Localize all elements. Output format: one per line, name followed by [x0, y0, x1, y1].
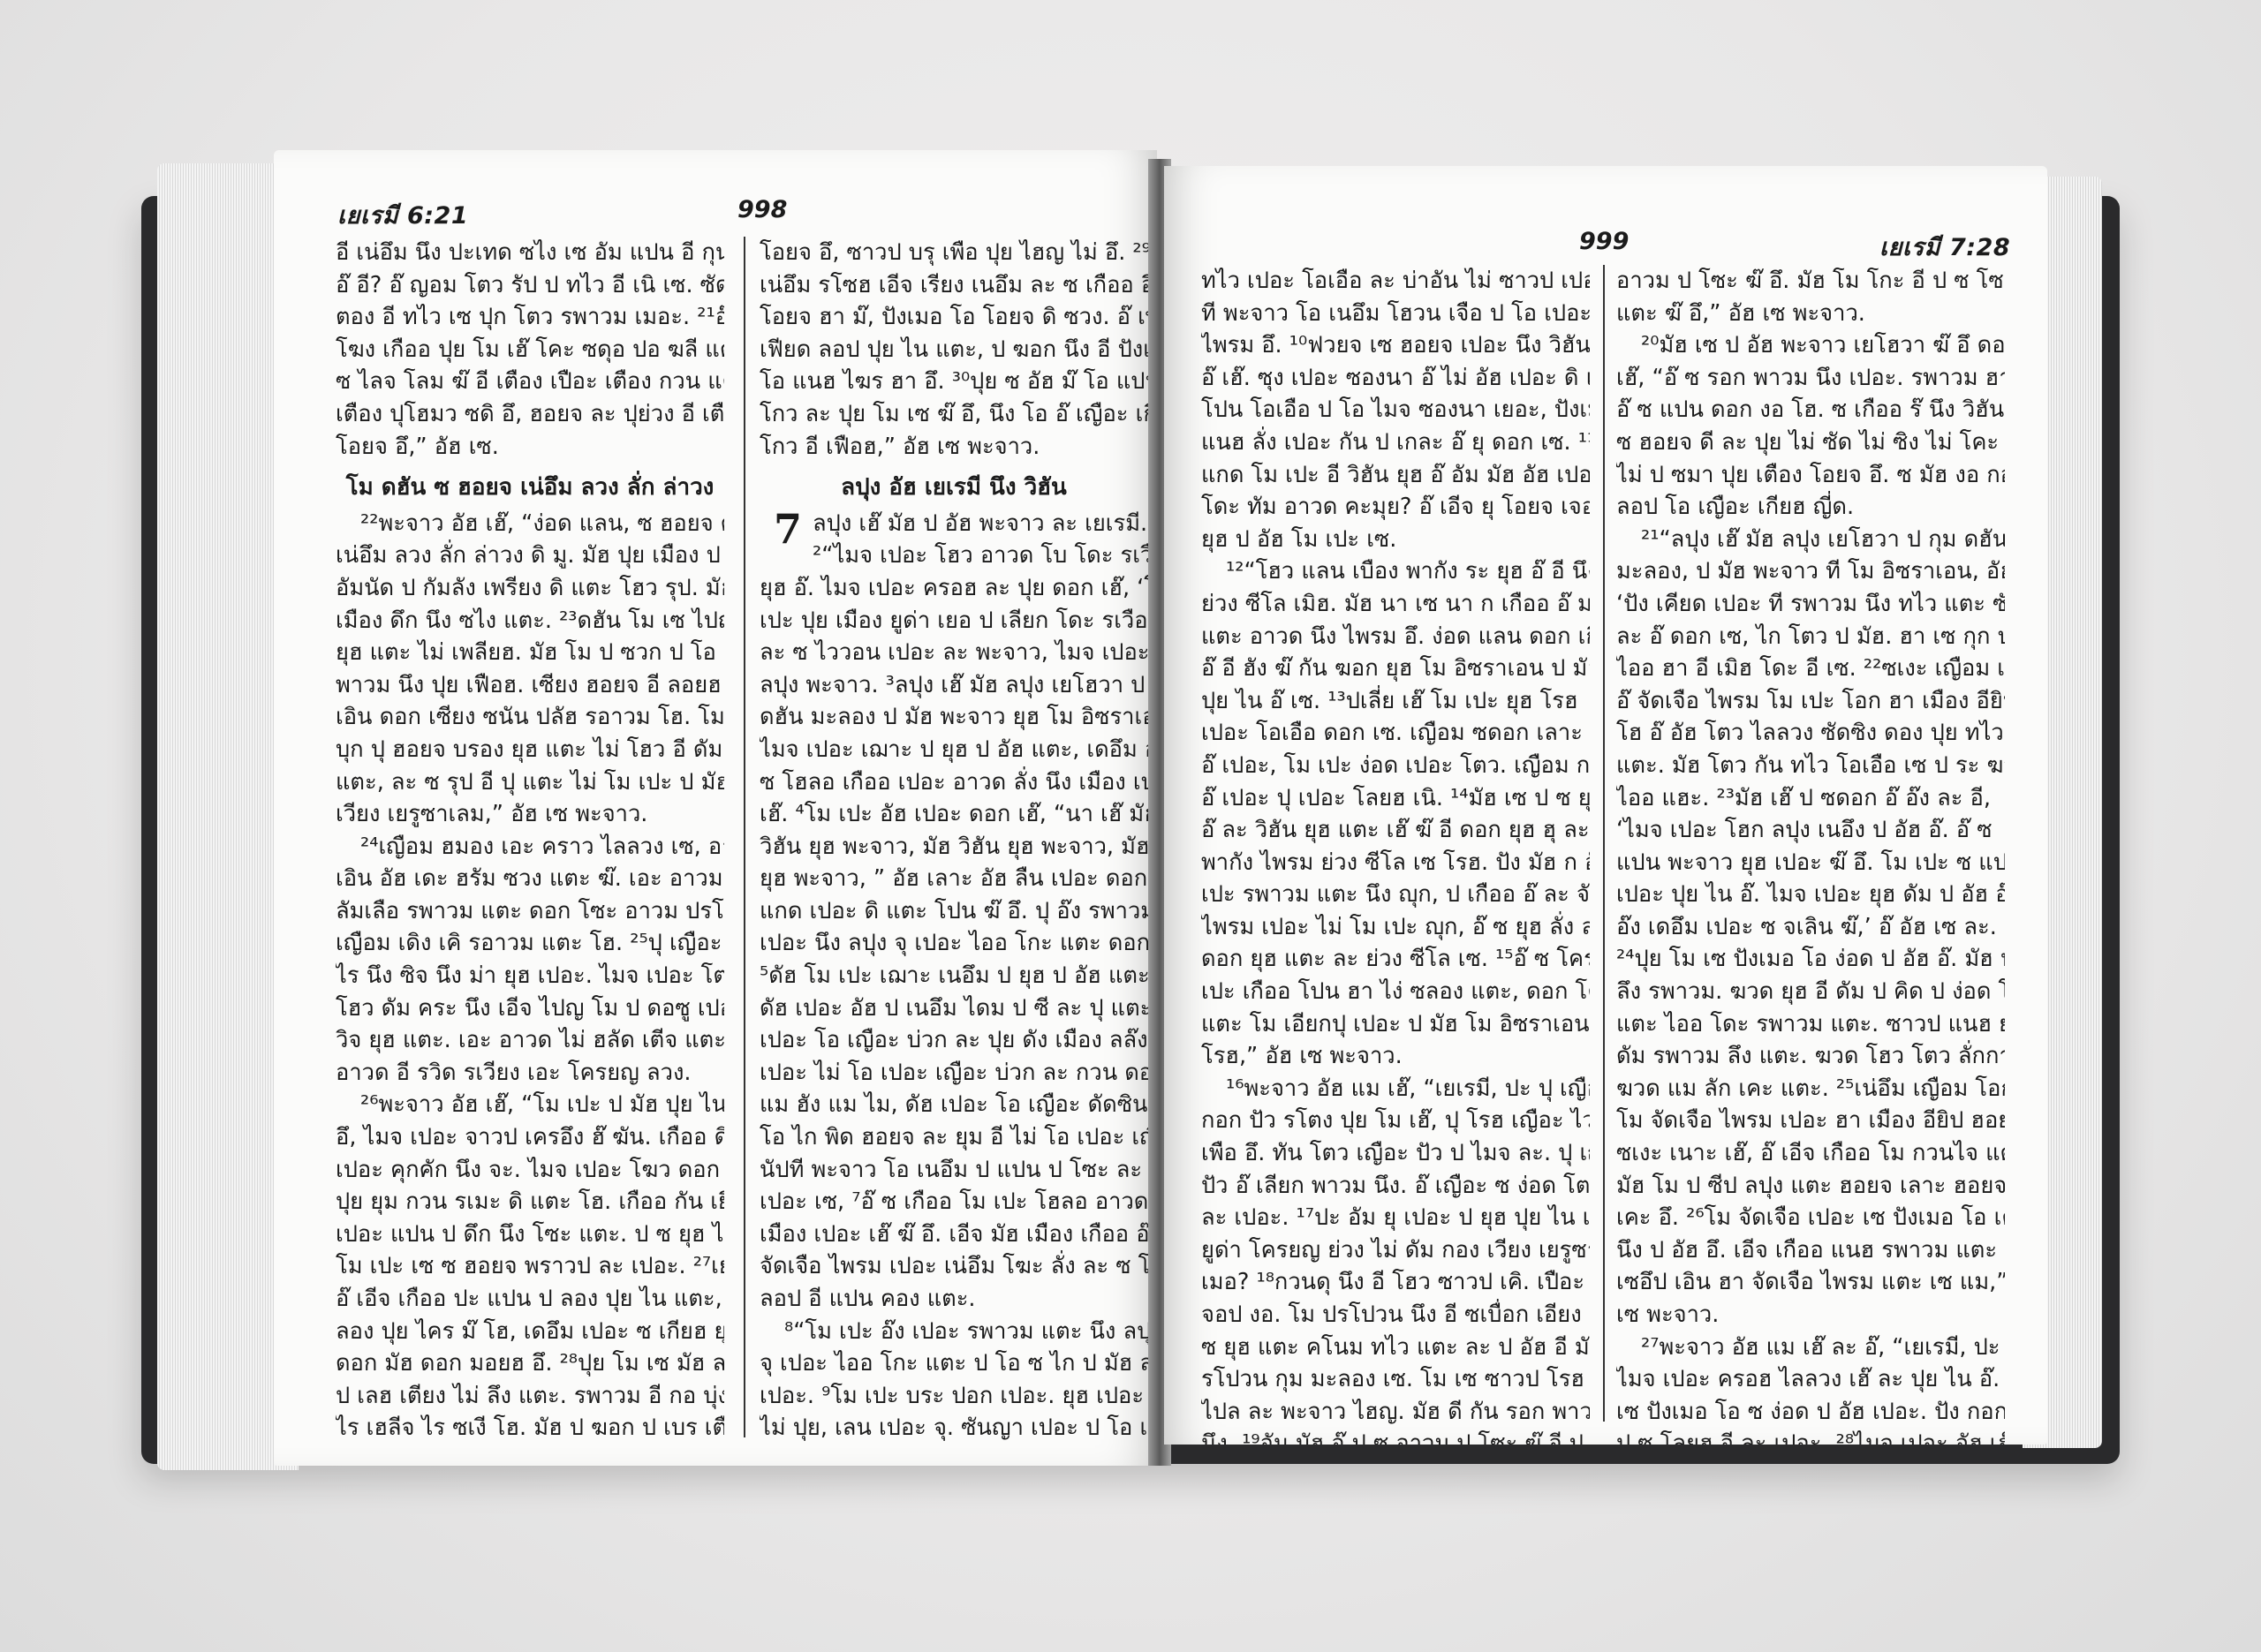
- text-line: ไมจ เปอะ ครอฮ ไลลวง เฮ๊ ละ ปุย ไน อ๊. โม: [1616, 1363, 2005, 1396]
- running-head: เยเรมี 6:21: [337, 196, 468, 234]
- text-line: มะลอง, ป มัฮ พะจาว ที โม อิซราเอน, อัฮ เ…: [1616, 555, 2005, 588]
- text-line: เตือง ปุโฮมว ซดิ อึ, ฮอยจ ละ ปุย่วง อี เ…: [336, 398, 724, 431]
- text-line: เอิน ดอก เซียง ซนัน ปลัฮ รอาวม โฮ. โม เซ: [336, 701, 724, 734]
- text-line: เปอะ. ⁹โม เปะ บระ ปอก เปอะ. ยุฮ เปอะ ยุม: [760, 1380, 1148, 1413]
- text-line: อ๊ง เดอึม เปอะ ซ จเลิน ฆ๊,’ อ๊ อัฮ เซ ละ…: [1616, 911, 2005, 944]
- text-line: โดะ ทัม อาวด คะมุย? อ๊ เอีจ ยุ โอยจ เจอะ…: [1201, 491, 1590, 524]
- text-line: โรฮ,” อัฮ เซ พะจาว.: [1201, 1040, 1590, 1073]
- text-line: ²“ไมจ เปอะ โฮว อาวด โบ โดะ รเวือะ วิฮัน: [813, 539, 1148, 572]
- text-line: ²⁰มัฮ เซ ป อัฮ พะจาว เยโฮวา ฆ๊ อึ ดอก: [1616, 329, 2005, 362]
- text-line: จุ เปอะ ไออ โกะ แตะ ป โอ ซ ไก ป มัฮ ละ: [760, 1347, 1148, 1380]
- section-heading: โม ดฮัน ซ ฮอยจ เน่อึม ลวง ลั่ก ล่าวง: [336, 471, 724, 504]
- text-line: ซเงะ เนาะ เฮ๊, อ๊ เอีจ เกืออ โม กวนไจ แต…: [1616, 1137, 2005, 1170]
- text-line: ¹⁶พะจาว อัฮ แม เฮ๊, “เยเรมี, ปะ ปุ เญือะ: [1201, 1073, 1590, 1105]
- text-line: เปะ เกืออ โปน ฮา ไง่ ซลอง แตะ, ดอก โครฮ: [1201, 976, 1590, 1008]
- text-line: บุก ปุ ฮอยจ บรอง ยุฮ แตะ ไม่ โฮว อี ดัม …: [336, 734, 724, 766]
- text-line: อ๊ เปอะ ปุ เปอะ โลยฮ เนิ. ¹⁴มัฮ เซ ป ซ ย…: [1201, 782, 1590, 815]
- text-line: รโปวน กุม มะลอง เซ. โม เซ ซาวป โรฮ เรฮ: [1201, 1363, 1590, 1396]
- text-line: จัดเจือ ไพรม เปอะ เน่อึม โฆะ ลั่ง ละ ซ โ…: [760, 1250, 1148, 1283]
- chapter-paragraph: 7ลปุง เฮ๊ มัฮ ป อัฮ พะจาว ละ เยเรมี.²“ไม…: [760, 508, 1148, 1316]
- text-column: โอยจ อึ, ซาวป บรุ เพือ ปุย ไฮญ ไม่ อึ. ²…: [760, 237, 1148, 1445]
- text-line: อึ, ไมจ เปอะ จาวป เครอึง ฮ๊ ฆัน. เกืออ ด…: [336, 1121, 724, 1154]
- text-line: ไม่ ปุย, เลน เปอะ จุ. ซันญา เปอะ ป โอ เน…: [760, 1412, 1148, 1445]
- text-line: ปัว อ๊ เลียก พาวม นึง. อ๊ เญือะ ซ ง่อด โ…: [1201, 1170, 1590, 1203]
- text-line: แตะ. มัฮ โตว กัน ทไว โอเอือ เซ ป ระ ฆวด: [1616, 750, 2005, 782]
- text-line: โอ ไก พิด ฮอยจ ละ ยุม อี ไม่ โอ เปอะ เญื…: [760, 1121, 1148, 1154]
- text-line: โอยจ อึ, ซาวป บรุ เพือ ปุย ไฮญ ไม่ อึ. ²…: [760, 237, 1148, 269]
- text-line: ¹²“โฮว แลน เบือง พากัง ระ ยุฮ อ๊ อี นึง: [1201, 555, 1590, 588]
- text-line: โกว ละ ปุย โม เซ ฆ๊ อึ, นึง โอ อ๊ เญือะ …: [760, 398, 1148, 431]
- text-line: ไร นึง ซิจ นึง ม่า ยุฮ เปอะ. ไมจ เปอะ โต…: [336, 960, 724, 992]
- text-line: ละ เปอะ. ¹⁷ปะ อัม ยุ เปอะ ป ยุฮ ปุย ไน เ…: [1201, 1202, 1590, 1234]
- text-line: แตะ โม เอียกปุ เปอะ ป มัฮ โม อิซราเอน เซ: [1201, 1008, 1590, 1041]
- text-line: ซ ไลจ โลม ฆ๊ อี เตือง เปือะ เตือง กวน แต…: [336, 366, 724, 398]
- text-line: วิฮัน ยุฮ พะจาว, มัฮ วิฮัน ยุฮ พะจาว, มั…: [760, 831, 1148, 864]
- text-line: เคะ อึ. ²⁶โม จัดเจือ เปอะ เซ ปังเมอ โอ เ…: [1616, 1202, 2005, 1234]
- text-line: นัปที พะจาว โอ เนอึม ป แปน ป โซะ ละ โกะ: [760, 1154, 1148, 1187]
- text-line: เปอะ โอเอือ ดอก เซ. เญือม ซดอก เลาะ ลืน: [1201, 717, 1590, 750]
- text-line: ไพรม อึ. ¹⁰ฟวยจ เซ ฮอยจ เปอะ นึง วิฮัน ย…: [1201, 329, 1590, 362]
- text-line: ทไว เปอะ โอเอือ ละ บ่าอัน ไม่ ซาวป เปอะ: [1201, 265, 1590, 298]
- text-line: ยูด่า โครยญ ย่วง ไม่ ดัม กอง เวียง เยรูซ…: [1201, 1234, 1590, 1267]
- right-page: 999 เยเรมี 7:28 ทไว เปอะ โอเอือ ละ บ่าอั…: [1164, 166, 2047, 1445]
- text-line: แตะ ไออ โดะ รพาวม แตะ. ซาวป แนฮ ยุฮ อี: [1616, 1008, 2005, 1041]
- text-line: โม เปะ เซ ซ ฮอยจ พราวป ละ เปอะ. ²⁷เยเรมี…: [336, 1250, 724, 1283]
- text-line: ไร เฮลีจ ไร ซเงี โฮ. มัฮ ป ฆอก ป เบร เตื…: [336, 1412, 724, 1445]
- text-line: จอป งอ. โม ปรโปวน นึง อี ซเบื่อก เอียง เ…: [1201, 1299, 1590, 1331]
- text-line: เปอะ ไม่ โอ เปอะ เญือะ บ่วก ละ กวน ดอย ไ…: [760, 1057, 1148, 1090]
- text-line: เซ ปังเมอ โอ ซ ง่อด ป อัฮ เปอะ. ปัง กอก …: [1616, 1396, 2005, 1429]
- text-line: อาวด อี รวิด รเวียง เอะ โครยญ ลวง.: [336, 1057, 724, 1090]
- verse-paragraph: ⁸“โม เปะ อ๊ง เปอะ รพาวม แตะ นึง ลปุงจุ เ…: [760, 1316, 1148, 1445]
- text-line: ไพรม เปอะ ไม่ โม เปะ ญุก, อ๊ ซ ยุฮ ลั่ง …: [1201, 911, 1590, 944]
- column-rule: [1603, 265, 1605, 1422]
- text-line: ²⁶พะจาว อัฮ เฮ๊, “โม เปะ ป มัฮ ปุย ไน อ๊: [336, 1089, 724, 1121]
- text-line: ปุย ยุม กวน รเมะ ดิ แตะ โฮ. เกืออ กัน เย…: [336, 1186, 724, 1218]
- text-line: ยุฮ พะจาว, ” อัฮ เลาะ อัฮ ลืน เปอะ ดอก เ…: [760, 863, 1148, 895]
- text-line: นึง ป อัฮ อึ. เอีจ เกืออ แนฮ รพาวม แตะ ล…: [1616, 1234, 2005, 1267]
- text-line: เวียง เยรูซาเลม,” อัฮ เซ พะจาว.: [336, 798, 724, 831]
- text-line: ย่วง ซีโล เมิฮ. มัฮ นา เซ นา ก เกืออ อ๊ …: [1201, 588, 1590, 621]
- text-line: โปน โอเอือ ป โอ ไมจ ซองนา เยอะ, ปังเมอ ย…: [1201, 394, 1590, 426]
- verse-paragraph: ¹²“โฮว แลน เบือง พากัง ระ ยุฮ อ๊ อี นึงย…: [1201, 555, 1590, 1073]
- text-line: ⁵ดัฮ โม เปะ เฌาะ เนอึม ป ยุฮ ป อัฮ แตะ โ…: [760, 960, 1148, 992]
- text-line: ‘ปัง เคียด เปอะ ที รพาวม นึง ทไว แตะ ซัด…: [1616, 588, 2005, 621]
- text-line: ไออ แฮะ. ²³มัฮ เฮ๊ ป ซดอก อ๊ อ๊ง ละ อี,: [1616, 782, 2005, 815]
- text-line: โฮว ดัม คระ นึง เอีจ ไปญ โม ป ดอซู เปอะ …: [336, 992, 724, 1025]
- text-line: อี เน่อึม นึง ปะเทด ซไง เซ อัม แปน อี กุ…: [336, 237, 724, 269]
- text-line: เปอะ นึง ลปุง จุ เปอะ ไออ โกะ แตะ ดอก เซ…: [760, 927, 1148, 960]
- text-line: แตะ, ละ ซ รุป อี ปุ แตะ ไม่ โม เปะ ป มัฮ…: [336, 766, 724, 799]
- text-column: ทไว เปอะ โอเอือ ละ บ่าอัน ไม่ ซาวป เปอะท…: [1201, 265, 1590, 1445]
- text-line: เปะ ปุย เมือง ยูด่า เยอ ป เลียก โดะ รเวื…: [760, 605, 1148, 637]
- text-line: เปอะ แปน ป ดึก นึง โซะ แตะ. ป ซ ยุฮ ไลจ …: [336, 1218, 724, 1251]
- text-line: ดฮัน มะลอง ป มัฮ พะจาว ยุฮ โม อิซราเอน.: [760, 701, 1148, 734]
- verse-paragraph: ²⁷พะจาว อัฮ แม เฮ๊ ละ อ๊, “เยเรมี, ปะไมจ…: [1616, 1331, 2005, 1445]
- text-line: ลปุง เฮ๊ มัฮ ป อัฮ พะจาว ละ เยเรมี.: [813, 508, 1148, 540]
- text-line: ไปล ละ พะจาว ไฮญ. มัฮ ดี กัน รอก พาวม อ๊: [1201, 1396, 1590, 1429]
- text-line: ป เลฮ เตียง ไม่ ลึง แตะ. รพาวม อี กอ บุ่…: [336, 1380, 724, 1413]
- text-line: เปอะ ปุย ไน อ๊. ไมจ เปอะ ยุฮ ดัม ป อัฮ อ…: [1616, 879, 2005, 911]
- text-line: ลอง ปุย ไคร ม๊ โฮ, เดอึม เปอะ ซ เกียฮ ยุ…: [336, 1316, 724, 1348]
- text-line: ปุ ซ โลยฮ อี ละ เปอะ. ²⁸ไมจ เปอะ อัฮ เฮ๊…: [1616, 1428, 2005, 1445]
- text-line: โอยจ ฮา ม๊, ปังเมอ โอ โอยจ ดิ ซวง. อ๊ เพ…: [760, 301, 1148, 334]
- text-line: ลอป อี แปน คอง แตะ.: [760, 1283, 1148, 1316]
- text-line: เซ พะจาว.: [1616, 1299, 2005, 1331]
- text-line: อัมนัด ป กัมลัง เพรียง ดิ แตะ โฮว รุป. ม…: [336, 572, 724, 605]
- text-line: อ๊ ละ วิฮัน ยุฮ แตะ เฮ๊ ฆ๊ อี ดอก ยุฮ ฮุ…: [1201, 814, 1590, 847]
- text-line: ซ ยุฮ แตะ คโนม ทไว แตะ ละ ป อัฮ อี มัฮ ก…: [1201, 1331, 1590, 1364]
- text-line: ดอก มัฮ ดอก มอยฮ อึ. ²⁸ปุย โม เซ มัฮ ลอป: [336, 1347, 724, 1380]
- text-line: โม จัดเจือ ไพรม เปอะ ฮา เมือง อียิป ฮอยจ…: [1616, 1105, 2005, 1137]
- text-line: แม ฮัง แม ไม, ดัฮ เปอะ โอ เญือะ ดัดซิน ป…: [760, 1089, 1148, 1121]
- text-line: นึง. ¹⁹อัม มัฮ อ๊ ป ซ อาวม ป โซะ ฆ๊ อี ป: [1201, 1428, 1590, 1445]
- text-line: โอยจ อึ,” อัฮ เซ.: [336, 431, 724, 464]
- text-line: เปอะ โอ เญือะ บ่วก ละ ปุย ดัง เมือง ลล๊ง: [760, 1024, 1148, 1057]
- verse-paragraph: อาวม ป โซะ ฆ๊ อึ. มัฮ โม โกะ อี ป ซ โซะ …: [1616, 265, 2005, 329]
- text-line: ไม่ ป ซมา ปุย เตือง โอยจ อึ. ซ มัฮ งอ กอ…: [1616, 459, 2005, 492]
- verse-paragraph: ²⁴เญือม ฮมอง เอะ คราว ไลลวง เซ, อาวมเอิน…: [336, 831, 724, 1090]
- text-line: อาวม ป โซะ ฆ๊ อึ. มัฮ โม โกะ อี ป ซ โซะ …: [1616, 265, 2005, 298]
- text-line: ยุฮ อ๊. ไมจ เปอะ ครอฮ ละ ปุย ดอก เฮ๊, ‘โ…: [760, 572, 1148, 605]
- left-page: เยเรมี 6:21 998 อี เน่อึม นึง ปะเทด ซไง …: [274, 150, 1157, 1466]
- text-line: ²⁴เญือม ฮมอง เอะ คราว ไลลวง เซ, อาวม: [336, 831, 724, 864]
- verse-paragraph: อี เน่อึม นึง ปะเทด ซไง เซ อัม แปน อี กุ…: [336, 237, 724, 463]
- verse-paragraph: ²⁶พะจาว อัฮ เฮ๊, “โม เปะ ป มัฮ ปุย ไน อ๊…: [336, 1089, 724, 1445]
- text-line: ²⁷พะจาว อัฮ แม เฮ๊ ละ อ๊, “เยเรมี, ปะ: [1616, 1331, 2005, 1364]
- page-number: 998: [737, 196, 787, 223]
- text-line: แกด โม เปะ อี วิฮัน ยุฮ อ๊ อัม มัฮ อัฮ เ…: [1201, 459, 1590, 492]
- text-line: โฆง เกืออ ปุย โม เฮ๊ โคะ ซดุอ ปอ ฆลี แตะ…: [336, 334, 724, 366]
- text-line: ตอง อี ทไว เซ ปุก โตว รพาวม เมอะ. ²¹อ๊ ซ: [336, 301, 724, 334]
- text-line: ไมจ เปอะ เฌาะ ป ยุฮ ป อัฮ แตะ, เดอึม อ๊: [760, 734, 1148, 766]
- text-line: ไออ ฮา อี เมิฮ โดะ อี เซ. ²²ซเงะ เญือม เ…: [1616, 653, 2005, 685]
- text-column: อาวม ป โซะ ฆ๊ อึ. มัฮ โม โกะ อี ป ซ โซะ …: [1616, 265, 2005, 1445]
- text-line: แปน พะจาว ยุฮ เปอะ ฆ๊ อึ. โม เปะ ซ แปน: [1616, 847, 2005, 879]
- text-line: กอก ปัว รโตง ปุย โม เฮ๊, ปุ โรฮ เญือะ ไว…: [1201, 1105, 1590, 1137]
- text-line: เซอึป เอิน ฮา จัดเจือ ไพรม แตะ เซ แม,” อ…: [1616, 1266, 2005, 1299]
- text-line: ละ ซ ไววอน เปอะ ละ พะจาว, ไมจ เปอะ ง่อด: [760, 637, 1148, 669]
- text-line: เญือม เดิง เคิ รอาวม แตะ โฮ. ²⁵ปุ เญือะ …: [336, 927, 724, 960]
- text-line: เมือง ดึก นึง ซไง แตะ. ²³ดฮัน โม เซ ไปญ …: [336, 605, 724, 637]
- page-number: 999: [1579, 228, 1629, 255]
- text-line: ดัฮ เปอะ อัฮ ป เนอึม ไดม ป ซี ละ ปุ แตะ,…: [760, 992, 1148, 1025]
- text-line: เปะ รพาวม แตะ นึง ญุก, ป เกืออ อ๊ ละ จัด…: [1201, 879, 1590, 911]
- text-line: อ๊ อี ฮัง ฆ๊ กัน ฆอก ยุฮ โม อิซราเอน ป ม…: [1201, 653, 1590, 685]
- column-rule: [744, 237, 745, 1437]
- text-line: อ๊ ซ แปน ดอก งอ โฮ. ซ เกืออ ร๊ นึง วิฮัน…: [1616, 394, 2005, 426]
- section-heading: ลปุง อัฮ เยเรมี นึง วิฮัน: [760, 471, 1148, 504]
- verse-paragraph: โอยจ อึ, ซาวป บรุ เพือ ปุย ไฮญ ไม่ อึ. ²…: [760, 237, 1148, 463]
- text-line: ยุฮ แตะ ไม่ เพลียฮ. มัฮ โม ป ซวก ป โอ เล…: [336, 637, 724, 669]
- text-line: เฮ๊. ⁴โม เปะ อัฮ เปอะ ดอก เฮ๊, “นา เฮ๊ ม…: [760, 798, 1148, 831]
- running-head: เยเรมี 7:28: [1879, 228, 2010, 266]
- text-line: เฟียด ลอป ปุย ไน แตะ, ป ฆอก นึง อี ปังเม…: [760, 334, 1148, 366]
- text-line: ปุย ไน อ๊ เซ. ¹³ปเลี่ย เฮ๊ โม เปะ ยุฮ โร…: [1201, 685, 1590, 718]
- verse-paragraph: ²¹“ลปุง เฮ๊ มัฮ ลปุง เยโฮวา ป กุม ดฮันมะ…: [1616, 524, 2005, 1331]
- text-line: ลปุง พะจาว. ³ลปุง เฮ๊ มัฮ ลปุง เยโฮวา ป …: [760, 669, 1148, 702]
- text-line: เมือง เปอะ เฮ๊ ฆ๊ อึ. เอีจ มัฮ เมือง เกื…: [760, 1218, 1148, 1251]
- text-line: ดัม รพาวม ลึง แตะ. ฆวด โฮว โตว ลั่กกา แต…: [1616, 1040, 2005, 1073]
- text-line: ที พะจาว โอ เนอึม โฮวน เจือ ป โอ เปอะ ยุ…: [1201, 298, 1590, 330]
- text-line: อ๊ อี? อ๊ ญอม โตว รัป ป ทไว อี เนิ เซ. ซ…: [336, 269, 724, 302]
- text-line: แตะ อาวด นึง ไพรม อึ. ง่อด แลน ดอก เกืออ: [1201, 621, 1590, 653]
- verse-paragraph: ²²พะจาว อัฮ เฮ๊, “ง่อด แลน, ซ ฮอยจ ดฮันเ…: [336, 508, 724, 831]
- text-line: เน่อึม รโซฮ เอีจ เรียง เนอึม ละ ซ เกืออ …: [760, 269, 1148, 302]
- text-line: ละ อ๊ ดอก เซ, ไก โตว ป มัฮ. ฮา เซ กุก ปอ…: [1616, 621, 2005, 653]
- text-line: โฮ อ๊ อัฮ โตว ไลลวง ซัดซิง ดอง ปุย ทไว ล…: [1616, 717, 2005, 750]
- text-line: มัฮ โม ป ซีป ลปุง แตะ ฮอยจ เลาะ ฮอยจ ลืน: [1616, 1170, 2005, 1203]
- text-line: ฆวด แม ลัก เคะ แตะ. ²⁵เน่อึม เญือม โอก โ…: [1616, 1073, 2005, 1105]
- text-line: เมอ? ¹⁸กวนดุ นึง อี โฮว ซาวป เคิ. เปือะ …: [1201, 1266, 1590, 1299]
- text-line: ซ ฮอยจ ดี ละ ปุย ไม่ ซัด ไม่ ซิง ไม่ โคะ…: [1616, 426, 2005, 459]
- text-line: เปอะ คุกคัก นึง จะ. ไมจ เปอะ โฆว ดอก โฆว: [336, 1154, 724, 1187]
- text-line: เอิน อัฮ เดะ ฮรัม ซวง แตะ ฆ๊. เอะ อาวม ด…: [336, 863, 724, 895]
- text-line: ²²พะจาว อัฮ เฮ๊, “ง่อด แลน, ซ ฮอยจ ดฮัน: [336, 508, 724, 540]
- text-line: อ๊ จัดเจือ ไพรม โม เปะ โอก ฮา เมือง อียิ…: [1616, 685, 2005, 718]
- text-line: พากัง ไพรม ย่วง ซีโล เซ โรฮ. ปัง มัฮ ก อ…: [1201, 847, 1590, 879]
- text-line: โอ แนฮ ไฆร ฮา อึ. ³⁰ปุย ซ อัฮ ม๊ โอ แปน …: [760, 366, 1148, 398]
- text-line: ลึง รพาวม. ฆวด ยุฮ อี ดัม ป คิด ป ง่อด โ…: [1616, 976, 2005, 1008]
- text-line: แกด เปอะ ดิ แตะ โปน ฆ๊ อึ. ปุ อ๊ง รพาวม: [760, 895, 1148, 928]
- text-line: ²¹“ลปุง เฮ๊ มัฮ ลปุง เยโฮวา ป กุม ดฮัน: [1616, 524, 2005, 556]
- text-line: แตะ ฆ๊ อึ,” อัฮ เซ พะจาว.: [1616, 298, 2005, 330]
- text-line: ดอก ยุฮ แตะ ละ ย่วง ซีโล เซ. ¹⁵อ๊ ซ โครฮ…: [1201, 943, 1590, 976]
- text-line: โกว อี เฟือฮ,” อัฮ เซ พะจาว.: [760, 431, 1148, 464]
- text-line: วิจ ยุฮ แตะ. เอะ อาวด ไม่ ฮลัด เตีจ แตะ …: [336, 1024, 724, 1057]
- text-column: อี เน่อึม นึง ปะเทด ซไง เซ อัม แปน อี กุ…: [336, 237, 724, 1445]
- text-line: ²⁴ปุย โม เซ ปังเมอ โอ ง่อด ป อัฮ อ๊. มัฮ…: [1616, 943, 2005, 976]
- text-line: ลอป โอ เญือะ เกียฮ ญี่ด.: [1616, 491, 2005, 524]
- text-line: ‘ไมจ เปอะ โฮก ลปุง เนอึง ป อัฮ อ๊. อ๊ ซ: [1616, 814, 2005, 847]
- verse-paragraph: ทไว เปอะ โอเอือ ละ บ่าอัน ไม่ ซาวป เปอะท…: [1201, 265, 1590, 555]
- text-line: พาวม นึง ปุย เฟือฮ. เซียง ฮอยจ อี ลอยฮ ซ…: [336, 669, 724, 702]
- text-line: ซ โฮลอ เกืออ เปอะ อาวด ลั่ง นึง เมือง เป…: [760, 766, 1148, 799]
- text-line: ยุฮ ป อัฮ โม เปะ เซ.: [1201, 524, 1590, 556]
- verse-paragraph: ²⁰มัฮ เซ ป อัฮ พะจาว เยโฮวา ฆ๊ อึ ดอกเฮ๊…: [1616, 329, 2005, 524]
- text-line: เพือ อึ. ทัน โตว เญือะ ปัว ป ไมจ ละ. ปุ …: [1201, 1137, 1590, 1170]
- text-line: อ๊ เปอะ, โม เปะ ง่อด เปอะ โตว. เญือม กอก: [1201, 750, 1590, 782]
- text-line: ⁸“โม เปะ อ๊ง เปอะ รพาวม แตะ นึง ลปุง: [760, 1316, 1148, 1348]
- chapter-number: 7: [774, 511, 802, 547]
- text-line: เปอะ เซ, ⁷อ๊ ซ เกืออ โม เปะ โฮลอ อาวด นึ…: [760, 1186, 1148, 1218]
- text-line: เน่อึม ลวง ลั่ก ล่าวง ดิ มู. มัฮ ปุย เมื…: [336, 539, 724, 572]
- verse-paragraph: ¹⁶พะจาว อัฮ แม เฮ๊, “เยเรมี, ปะ ปุ เญือะ…: [1201, 1073, 1590, 1445]
- text-line: แนฮ ลั่ง เปอะ กัน ป เกละ อ๊ ยุ ดอก เซ. ¹…: [1201, 426, 1590, 459]
- text-line: อ๊ เอีจ เกืออ ปะ แปน ป ลอง ปุย ไน แตะ, ด…: [336, 1283, 724, 1316]
- text-line: อ๊ เฮ๊. ซุง เปอะ ซองนา อ๊ ไม่ อัฮ เปอะ ด…: [1201, 362, 1590, 395]
- text-line: ลัมเลือ รพาวม แตะ ดอก โซะ อาวม ปรโปวน: [336, 895, 724, 928]
- text-line: เฮ๊, “อ๊ ซ รอก พาวม นึง เปอะ. รพาวม ฮาวก: [1616, 362, 2005, 395]
